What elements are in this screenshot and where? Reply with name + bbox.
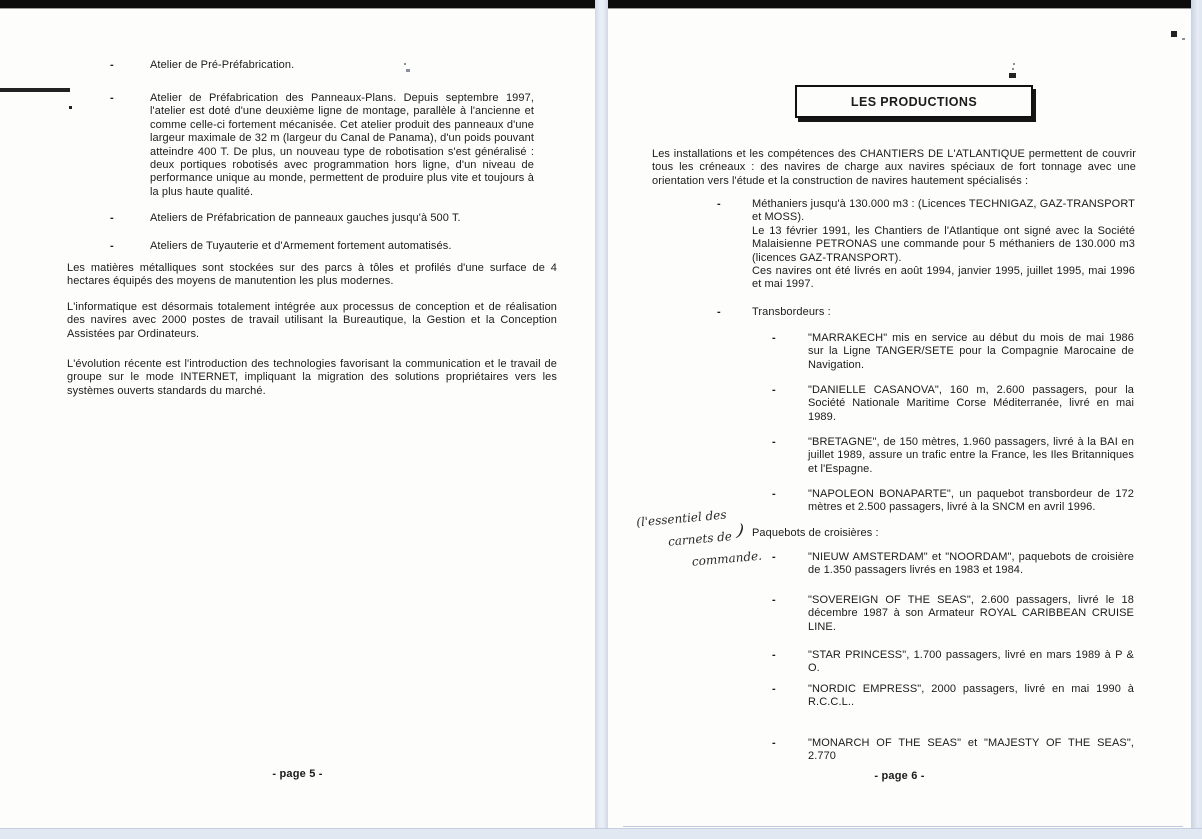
ship-text: "MONARCH OF THE SEAS" et "MAJESTY OF THE… xyxy=(808,737,1134,762)
bullet-dash: - xyxy=(772,332,776,345)
scan-speck xyxy=(404,63,406,65)
bullet-dash: - xyxy=(110,212,114,225)
bullet-text: Atelier de Pré-Préfabrication. xyxy=(150,59,294,71)
page-gutter xyxy=(595,0,608,839)
bullet-text: Le 13 février 1991, les Chantiers de l'A… xyxy=(752,225,1135,265)
scan-bottom-edge xyxy=(0,828,1202,839)
ship-text: "STAR PRINCESS", 1.700 passagers, livré … xyxy=(808,649,1134,674)
page-5: - Atelier de Pré-Préfabrication. - Ateli… xyxy=(0,0,595,839)
ship-list-item: - "SOVEREIGN OF THE SEAS", 2.600 passage… xyxy=(808,594,1134,634)
bullet-text: Ateliers de Tuyauterie et d'Armement for… xyxy=(150,240,451,252)
page-number-footer: - page 5 - xyxy=(0,768,595,780)
scan-speck xyxy=(69,106,72,109)
bullet-text: Ces navires ont été livrés en août 1994,… xyxy=(752,265,1135,292)
bullet-dash: - xyxy=(772,649,776,662)
ship-text: "MARRAKECH" mis en service au début du m… xyxy=(808,332,1134,371)
ship-list-item: - "NAPOLEON BONAPARTE", un paquebot tran… xyxy=(808,488,1134,515)
scan-speck xyxy=(1182,38,1185,40)
body-paragraph: L'informatique est désormais totalement … xyxy=(67,301,557,341)
page-6: LES PRODUCTIONS Les installations et les… xyxy=(608,0,1191,839)
body-paragraph: Les matières métalliques sont stockées s… xyxy=(67,262,557,289)
bullet-dash: - xyxy=(717,306,721,319)
bullet-dash: - xyxy=(772,594,776,607)
ship-list-item: - "DANIELLE CASANOVA", 160 m, 2.600 pass… xyxy=(808,384,1134,424)
scan-speck xyxy=(1013,63,1015,65)
section-title: LES PRODUCTIONS xyxy=(851,95,977,109)
ship-text: "NIEUW AMSTERDAM" et "NOORDAM", paquebot… xyxy=(808,551,1134,576)
bullet-item: - Atelier de Préfabrication des Panneaux… xyxy=(150,92,534,199)
ship-list-item: - "NIEUW AMSTERDAM" et "NOORDAM", paqueb… xyxy=(808,551,1134,578)
ship-list-item: - "NORDIC EMPRESS", 2000 passagers, livr… xyxy=(808,683,1134,710)
bullet-dash: - xyxy=(772,384,776,397)
bullet-text: Méthaniers jusqu'à 130.000 m3 : (Licence… xyxy=(752,198,1135,225)
page-number-footer: - page 6 - xyxy=(608,770,1191,782)
scan-speck xyxy=(406,69,410,72)
scan-speck xyxy=(1009,73,1016,78)
scanned-document: - Atelier de Pré-Préfabrication. - Ateli… xyxy=(0,0,1202,839)
ship-list-item: - "BRETAGNE", de 150 mètres, 1.960 passa… xyxy=(808,436,1134,476)
bullet-dash: - xyxy=(772,683,776,696)
scan-right-edge xyxy=(1191,0,1202,839)
bullet-item-methaniers: - Méthaniers jusqu'à 130.000 m3 : (Licen… xyxy=(752,198,1135,292)
bullet-dash: - xyxy=(110,59,114,72)
bullet-text: Ateliers de Préfabrication de panneaux g… xyxy=(150,212,461,224)
ship-text: "SOVEREIGN OF THE SEAS", 2.600 passagers… xyxy=(808,594,1134,633)
bullet-dash: - xyxy=(110,240,114,253)
ship-list-item: - "MARRAKECH" mis en service au début du… xyxy=(808,332,1134,372)
bullet-dash: - xyxy=(772,737,776,750)
ship-text: "BRETAGNE", de 150 mètres, 1.960 passage… xyxy=(808,436,1134,475)
ship-text: "NAPOLEON BONAPARTE", un paquebot transb… xyxy=(808,488,1134,513)
bullet-label: Transbordeurs : xyxy=(752,306,831,318)
bullet-dash: - xyxy=(717,198,721,211)
bullet-dash: - xyxy=(772,436,776,449)
bullet-dash: - xyxy=(772,488,776,501)
bullet-item: - Ateliers de Préfabrication de panneaux… xyxy=(150,212,534,225)
scan-speck xyxy=(1012,68,1014,70)
ship-list-item: - "MONARCH OF THE SEAS" et "MAJESTY OF T… xyxy=(808,737,1134,764)
intro-paragraph: Les installations et les compétences des… xyxy=(652,148,1136,188)
scan-speck xyxy=(1171,31,1177,37)
ship-text: "DANIELLE CASANOVA", 160 m, 2.600 passag… xyxy=(808,384,1134,423)
bullet-item: - Ateliers de Tuyauterie et d'Armement f… xyxy=(150,240,534,253)
bullet-item: - Atelier de Pré-Préfabrication. xyxy=(150,59,534,72)
ship-text: "NORDIC EMPRESS", 2000 passagers, livré … xyxy=(808,683,1134,708)
bullet-item-paquebots: Paquebots de croisières : xyxy=(752,527,1135,540)
bullet-dash: - xyxy=(110,92,114,105)
bullet-item-transbordeurs: - Transbordeurs : xyxy=(752,306,1135,319)
scan-speck xyxy=(0,88,70,92)
ship-list-item: - "STAR PRINCESS", 1.700 passagers, livr… xyxy=(808,649,1134,676)
body-paragraph: L'évolution récente est l'introduction d… xyxy=(67,358,557,398)
section-title-box: LES PRODUCTIONS xyxy=(795,85,1033,118)
bullet-label: Paquebots de croisières : xyxy=(752,527,879,539)
bullet-text: Atelier de Préfabrication des Panneaux-P… xyxy=(150,92,534,198)
handwritten-note: (l'essentiel des carnets de commande. xyxy=(635,501,762,577)
bullet-dash: - xyxy=(772,551,776,564)
scan-line-artifact xyxy=(623,826,1183,827)
scan-top-edge-left xyxy=(0,0,595,8)
scan-top-edge-right xyxy=(608,0,1191,8)
